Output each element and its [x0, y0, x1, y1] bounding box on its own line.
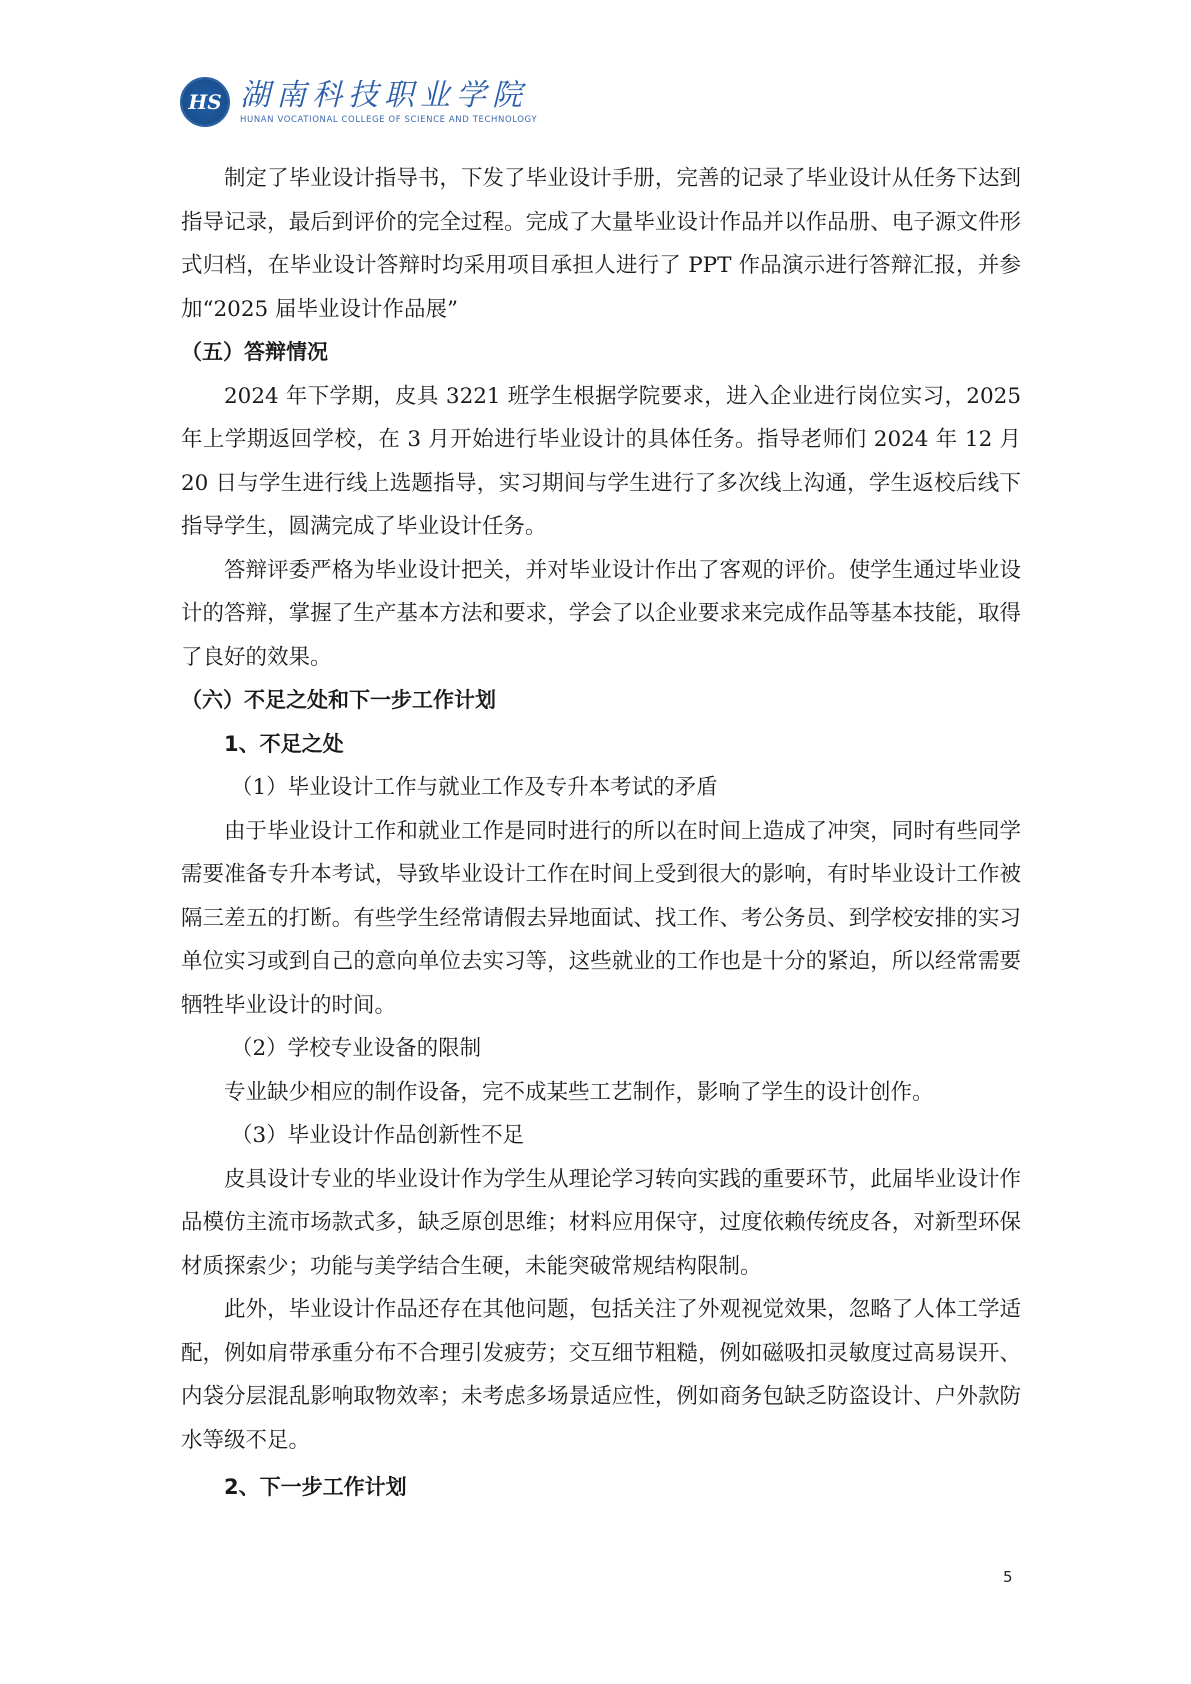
section-heading-shortcomings-plan: （六）不足之处和下一步工作计划: [181, 679, 1021, 723]
paragraph-defense-evaluation: 答辩评委严格为毕业设计把关，并对毕业设计作出了客观的评价。使学生通过毕业设计的答…: [181, 549, 1021, 680]
item-heading-equipment: （2）学校专业设备的限制: [181, 1027, 1021, 1071]
paragraph-other-issues: 此外，毕业设计作品还存在其他问题，包括关注了外观视觉效果，忽略了人体工学适配，例…: [181, 1288, 1021, 1462]
item-heading-innovation: （3）毕业设计作品创新性不足: [181, 1114, 1021, 1158]
paragraph-equipment: 专业缺少相应的制作设备，完不成某些工艺制作，影响了学生的设计创作。: [181, 1071, 1021, 1115]
paragraph-innovation: 皮具设计专业的毕业设计作为学生从理论学习转向实践的重要环节，此届毕业设计作品模仿…: [181, 1158, 1021, 1289]
document-body: 制定了毕业设计指导书，下发了毕业设计手册，完善的记录了毕业设计从任务下达到指导记…: [181, 157, 1021, 1510]
paragraph-conflict: 由于毕业设计工作和就业工作是同时进行的所以在时间上造成了冲突，同时有些同学需要准…: [181, 810, 1021, 1028]
page-number: 5: [1003, 1568, 1013, 1586]
school-name-block: 湖南科技职业学院 HUNAN VOCATIONAL COLLEGE OF SCI…: [240, 79, 537, 125]
school-logo-icon: HS: [180, 77, 230, 127]
school-name-cn: 湖南科技职业学院: [240, 79, 537, 113]
item-heading-conflict: （1）毕业设计工作与就业工作及专升本考试的矛盾: [181, 766, 1021, 810]
paragraph-design-process: 制定了毕业设计指导书，下发了毕业设计手册，完善的记录了毕业设计从任务下达到指导记…: [181, 157, 1021, 331]
subheading-shortcomings: 1、不足之处: [181, 723, 1021, 767]
school-name-en: HUNAN VOCATIONAL COLLEGE OF SCIENCE AND …: [240, 115, 537, 125]
school-header: HS 湖南科技职业学院 HUNAN VOCATIONAL COLLEGE OF …: [180, 72, 537, 132]
paragraph-defense-timeline: 2024 年下学期，皮具 3221 班学生根据学院要求，进入企业进行岗位实习，2…: [181, 375, 1021, 549]
section-heading-defense: （五）答辩情况: [181, 331, 1021, 375]
subheading-next-plan: 2、下一步工作计划: [181, 1466, 1021, 1510]
